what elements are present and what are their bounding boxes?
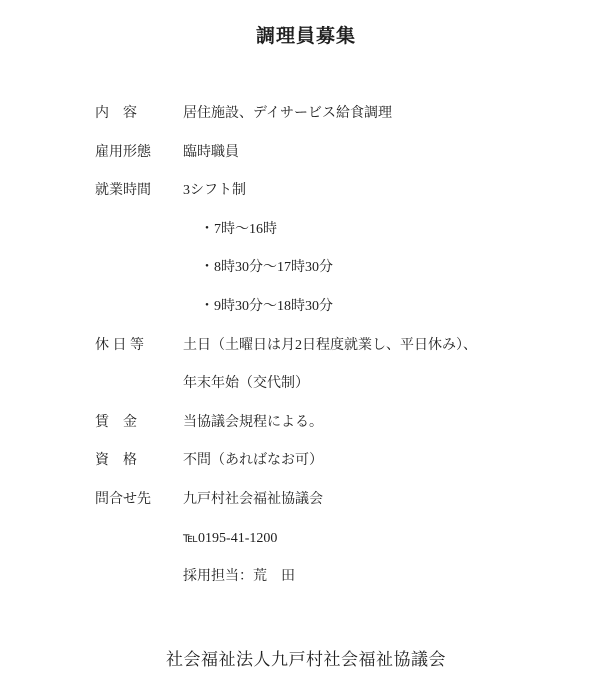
field-value-shift-1: ・7時～16時 (183, 222, 277, 237)
field-label-qualifications: 資 格 (95, 453, 152, 468)
row-qualifications: 資 格 不問（あればなお可） (95, 453, 592, 468)
field-value-employment-type: 臨時職員 (183, 145, 239, 160)
row-shift-1: ・7時～16時 (95, 222, 592, 237)
field-value-wages: 当協議会規程による。 (183, 415, 323, 430)
field-label-employment-type: 雇用形態 (95, 145, 152, 160)
row-wages: 賃 金 当協議会規程による。 (95, 415, 592, 430)
field-value-working-hours: 3シフト制 (183, 183, 246, 198)
row-recruiter: 採用担当：荒 田 (95, 569, 592, 584)
field-value-shift-3: ・9時30分～18時30分 (183, 299, 333, 314)
field-value-qualifications: 不問（あればなお可） (183, 453, 323, 468)
row-employment-type: 雇用形態 臨時職員 (95, 145, 592, 160)
field-value-holidays: 土日（土曜日は月2日程度就業し、平日休み）、 (183, 338, 477, 353)
field-value-contact: 九戸村社会福祉協議会 (183, 492, 323, 507)
field-value-shift-2: ・8時30分～17時30分 (183, 260, 333, 275)
row-telephone: ℡0195-41-1200 (95, 531, 592, 546)
row-holidays-continued: 年末年始（交代制） (95, 376, 592, 391)
row-holidays: 休 日 等 土日（土曜日は月2日程度就業し、平日休み）、 (95, 338, 592, 353)
row-content: 内 容 居住施設、デイサービス給食調理 (95, 106, 592, 121)
row-shift-3: ・9時30分～18時30分 (95, 299, 592, 314)
field-value-holidays-continued: 年末年始（交代制） (183, 376, 309, 391)
field-value-telephone: ℡0195-41-1200 (183, 531, 277, 546)
page-title: 調理員募集 (0, 21, 612, 48)
field-label-holidays: 休 日 等 (95, 338, 152, 353)
field-label-working-hours: 就業時間 (95, 183, 152, 198)
row-shift-2: ・8時30分～17時30分 (95, 260, 592, 275)
footer-organization-name: 社会福祉法人九戸村社会福祉協議会 (0, 645, 612, 670)
row-working-hours: 就業時間 3シフト制 (95, 183, 592, 198)
field-label-contact: 問合せ先 (95, 492, 152, 507)
document-page: 調理員募集 内 容 居住施設、デイサービス給食調理 雇用形態 臨時職員 就業時間… (0, 0, 612, 700)
field-label-content: 内 容 (95, 106, 152, 121)
document-body: 内 容 居住施設、デイサービス給食調理 雇用形態 臨時職員 就業時間 3シフト制… (95, 106, 592, 608)
field-value-content: 居住施設、デイサービス給食調理 (183, 106, 392, 121)
field-value-recruiter: 採用担当：荒 田 (183, 569, 295, 584)
row-contact: 問合せ先 九戸村社会福祉協議会 (95, 492, 592, 507)
field-label-wages: 賃 金 (95, 415, 152, 430)
